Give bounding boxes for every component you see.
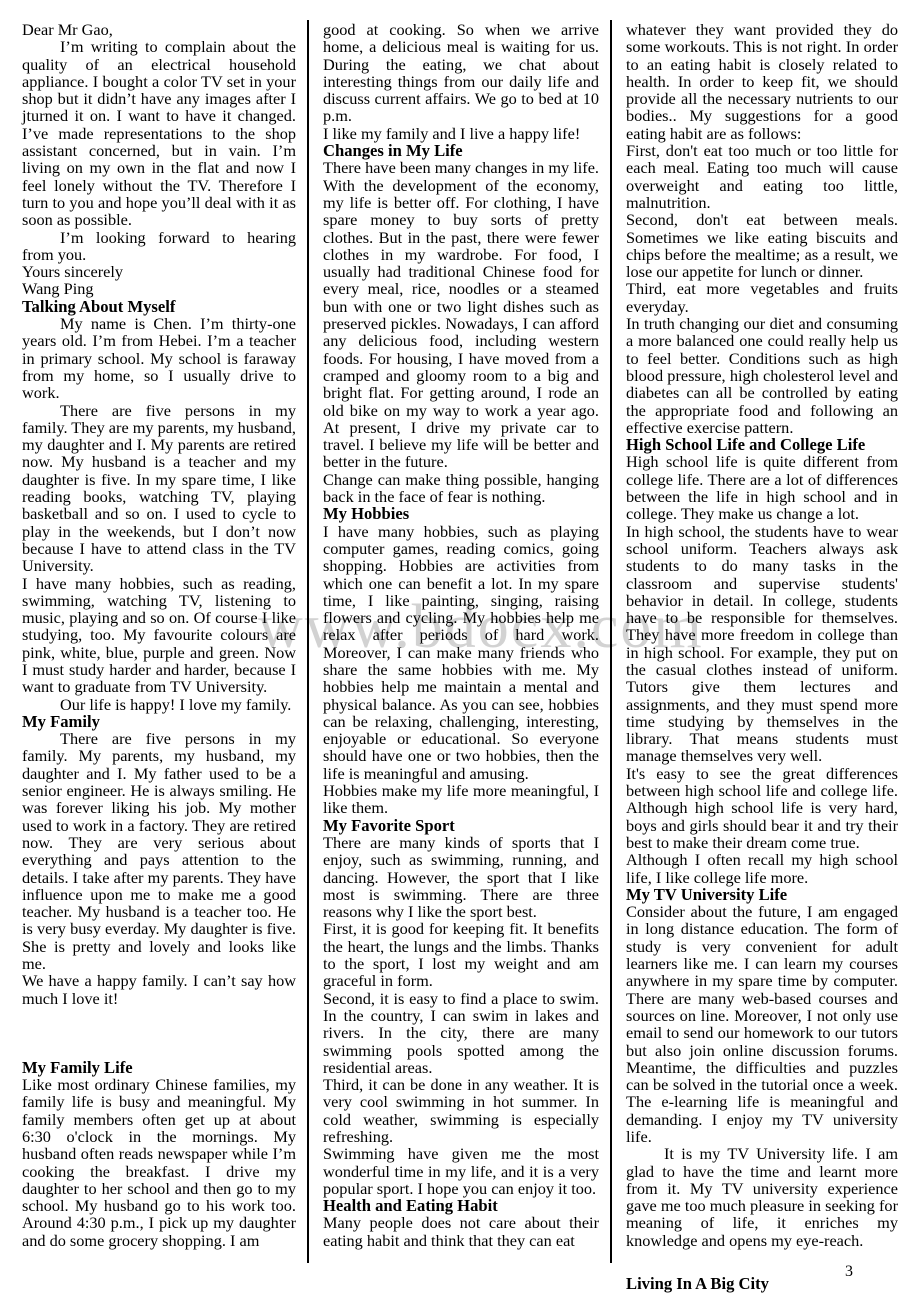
paragraph: Like most ordinary Chinese families, my … (22, 1076, 296, 1249)
section-heading: My TV University Life (626, 886, 898, 903)
section-heading: Living In A Big City (626, 1275, 898, 1292)
paragraph: In truth changing our diet and consuming… (626, 315, 898, 436)
paragraph: Dear Mr Gao, (22, 21, 296, 38)
section-heading: Changes in My Life (323, 142, 599, 159)
paragraph: We have a happy family. I can’t say how … (22, 972, 296, 1007)
column-3: whatever they want provided they do some… (626, 21, 898, 1292)
paragraph: I have many hobbies, such as reading, sw… (22, 575, 296, 696)
paragraph: It's easy to see the great differences b… (626, 765, 898, 851)
paragraph: Hobbies make my life more meaningful, I … (323, 782, 599, 817)
column-1: Dear Mr Gao,I’m writing to complain abou… (22, 21, 296, 1249)
paragraph: Third, eat more vegetables and fruits ev… (626, 280, 898, 315)
paragraph: I have many hobbies, such as playing com… (323, 523, 599, 782)
paragraph: It is my TV University life. I am glad t… (626, 1145, 898, 1249)
paragraph: There are many kinds of sports that I en… (323, 834, 599, 920)
column-2: good at cooking. So when we arrive home,… (323, 21, 599, 1249)
column-divider-left (307, 20, 309, 1263)
paragraph: Second, don't eat between meals. Sometim… (626, 211, 898, 280)
paragraph: whatever they want provided they do some… (626, 21, 898, 142)
section-heading: My Favorite Sport (323, 817, 599, 834)
column-divider-right (610, 20, 612, 1263)
paragraph: Consider about the future, I am engaged … (626, 903, 898, 1145)
paragraph: Swimming have given me the most wonderfu… (323, 1145, 599, 1197)
paragraph: Yours sincerely (22, 263, 296, 280)
section-heading: My Family Life (22, 1059, 296, 1076)
paragraph: My name is Chen. I’m thirty-one years ol… (22, 315, 296, 401)
blank-space (22, 1007, 296, 1059)
blank-space (626, 1249, 898, 1275)
paragraph: I’m looking forward to hearing from you. (22, 229, 296, 264)
paragraph: I’m writing to complain about the qualit… (22, 38, 296, 228)
paragraph: In high school, the students have to wea… (626, 523, 898, 765)
paragraph: Change can make thing possible, hanging … (323, 471, 599, 506)
paragraph: Wang Ping (22, 280, 296, 297)
section-heading: Talking About Myself (22, 298, 296, 315)
document-page: www.bdocx.com Dear Mr Gao,I’m writing to… (0, 0, 920, 1302)
paragraph: High school life is quite different from… (626, 453, 898, 522)
section-heading: My Hobbies (323, 505, 599, 522)
paragraph: good at cooking. So when we arrive home,… (323, 21, 599, 125)
paragraph: I like my family and I live a happy life… (323, 125, 599, 142)
paragraph: Third, it can be done in any weather. It… (323, 1076, 599, 1145)
section-heading: My Family (22, 713, 296, 730)
page-number: 3 (845, 1263, 853, 1281)
paragraph: Many people does not care about their ea… (323, 1214, 599, 1249)
paragraph: First, it is good for keeping fit. It be… (323, 920, 599, 989)
paragraph: There are five persons in my family. My … (22, 730, 296, 972)
section-heading: High School Life and College Life (626, 436, 898, 453)
paragraph: First, don't eat too much or too little … (626, 142, 898, 211)
paragraph: There are five persons in my family. The… (22, 402, 296, 575)
paragraph: Our life is happy! I love my family. (22, 696, 296, 713)
section-heading: Health and Eating Habit (323, 1197, 599, 1214)
paragraph: Although I often recall my high school l… (626, 851, 898, 886)
paragraph: There have been many changes in my life.… (323, 159, 599, 470)
paragraph: Second, it is easy to find a place to sw… (323, 990, 599, 1076)
